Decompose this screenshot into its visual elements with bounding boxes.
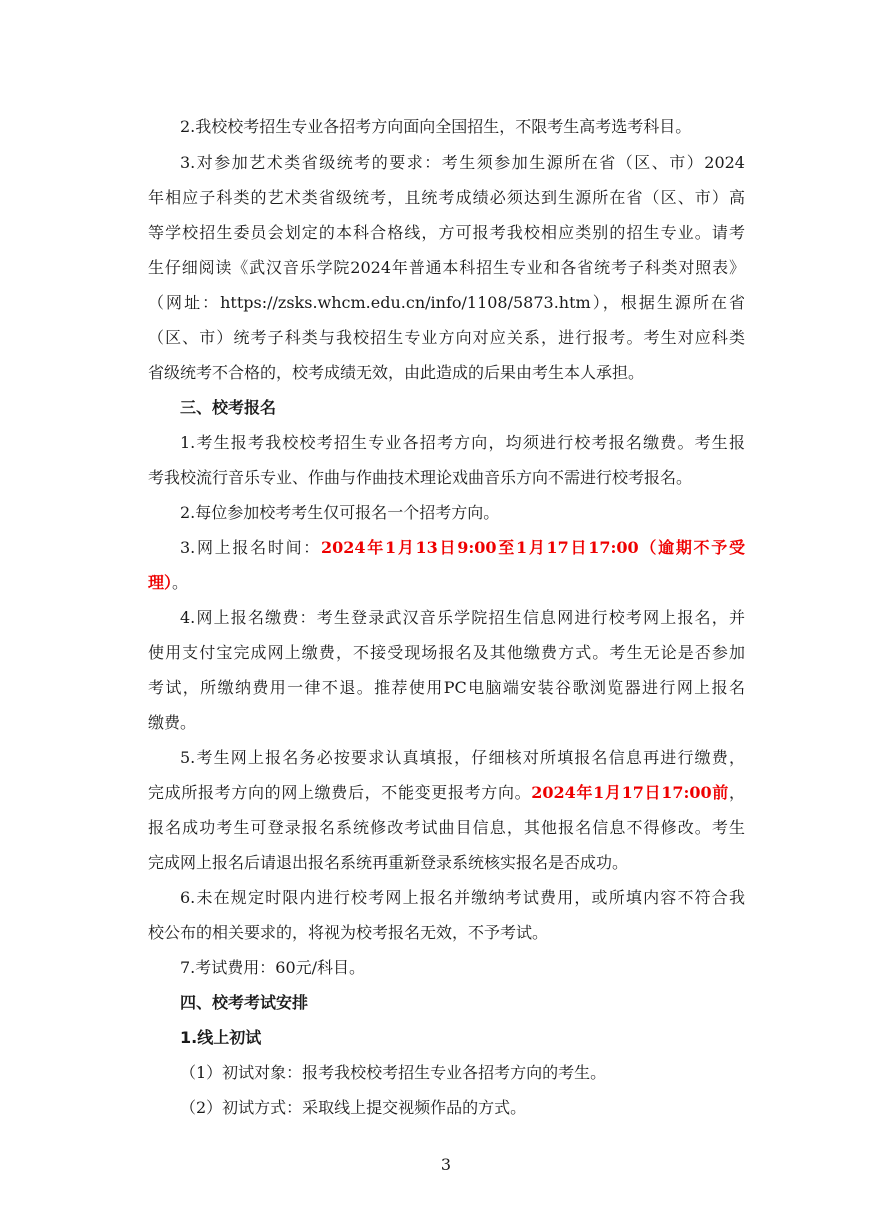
text-line: 使用支付宝完成网上缴费，不接受现场报名及其他缴费方式。考生无论是否参加	[148, 641, 745, 665]
text-line: （1）初试对象：报考我校校考招生专业各招考方向的考生。	[180, 1061, 745, 1085]
section-heading: 四、校考考试安排	[180, 991, 745, 1015]
text-line: 完成所报考方向的网上缴费后，不能变更报考方向。2024年1月17日17:00前，	[148, 781, 745, 805]
text-line: （区、市）统考子科类与我校招生专业方向对应关系，进行报考。考生对应科类	[148, 326, 745, 350]
text-span: （1）初试对象：报考我校校考招生专业各招考方向的考生。	[180, 1063, 606, 1082]
text-line: 生仔细阅读《武汉音乐学院2024年普通本科招生专业和各省统考子科类对照表》	[148, 256, 745, 280]
text-span: 缴费。	[148, 713, 196, 732]
text-span: （区、市）统考子科类与我校招生专业方向对应关系，进行报考。考生对应科类	[148, 328, 745, 347]
text-line: 3.对参加艺术类省级统考的要求：考生须参加生源所在省（区、市）2024	[180, 151, 745, 175]
text-span: 完成网上报名后请退出报名系统再重新登录系统核实报名是否成功。	[148, 853, 628, 872]
section-heading: 1.线上初试	[180, 1026, 745, 1050]
text-line: 2.我校校考招生专业各招考方向面向全国招生，不限考生高考选考科目。	[180, 115, 745, 139]
text-span: （网址：https://zsks.whcm.edu.cn/info/1108/5…	[148, 293, 745, 312]
highlighted-deadline-text: 2024年1月13日9:00至1月17日17:00（逾期不予受	[321, 538, 745, 557]
text-span: 省级统考不合格的，校考成绩无效，由此造成的后果由考生本人承担。	[148, 363, 644, 382]
page-number: 3	[0, 1153, 892, 1177]
text-line: 校公布的相关要求的，将视为校考报名无效，不予考试。	[148, 921, 745, 945]
text-span: 三、校考报名	[180, 398, 276, 417]
text-line: 4.网上报名缴费：考生登录武汉音乐学院招生信息网进行校考网上报名，并	[180, 606, 745, 630]
text-line: 6.未在规定时限内进行校考网上报名并缴纳考试费用，或所填内容不符合我	[180, 886, 745, 910]
text-line: 报名成功考生可登录报名系统修改考试曲目信息，其他报名信息不得修改。考生	[148, 816, 745, 840]
text-span: 1.考生报考我校校考招生专业各招考方向，均须进行校考报名缴费。考生报	[180, 433, 745, 452]
text-span: ，	[729, 783, 745, 802]
text-span: 。	[172, 573, 188, 592]
text-line: 5.考生网上报名务必按要求认真填报，仔细核对所填报名信息再进行缴费，	[180, 746, 745, 770]
text-line: （2）初试方式：采取线上提交视频作品的方式。	[180, 1096, 745, 1120]
text-line: 等学校招生委员会划定的本科合格线，方可报考我校相应类别的招生专业。请考	[148, 221, 745, 245]
text-span: 生仔细阅读《武汉音乐学院2024年普通本科招生专业和各省统考子科类对照表》	[148, 258, 745, 277]
text-span: 四、校考考试安排	[180, 993, 308, 1012]
text-line: 2.每位参加校考考生仅可报名一个招考方向。	[180, 501, 745, 525]
text-span: 报名成功考生可登录报名系统修改考试曲目信息，其他报名信息不得修改。考生	[148, 818, 745, 837]
text-line: 理）。	[148, 571, 745, 595]
text-line: 完成网上报名后请退出报名系统再重新登录系统核实报名是否成功。	[148, 851, 745, 875]
text-span: 考我校流行音乐专业、作曲与作曲技术理论戏曲音乐方向不需进行校考报名。	[148, 468, 692, 487]
text-span: 使用支付宝完成网上缴费，不接受现场报名及其他缴费方式。考生无论是否参加	[148, 643, 745, 662]
text-span: 3.对参加艺术类省级统考的要求：考生须参加生源所在省（区、市）2024	[180, 153, 745, 172]
text-line: 7.考试费用：60元/科目。	[180, 956, 745, 980]
text-span: 年相应子科类的艺术类省级统考，且统考成绩必须达到生源所在省（区、市）高	[148, 188, 745, 207]
section-heading: 三、校考报名	[180, 396, 745, 420]
document-page: 2.我校校考招生专业各招考方向面向全国招生，不限考生高考选考科目。3.对参加艺术…	[0, 0, 892, 1211]
text-line: 省级统考不合格的，校考成绩无效，由此造成的后果由考生本人承担。	[148, 361, 745, 385]
text-span: 完成所报考方向的网上缴费后，不能变更报考方向。	[148, 783, 531, 802]
text-line: 考我校流行音乐专业、作曲与作曲技术理论戏曲音乐方向不需进行校考报名。	[148, 466, 745, 490]
text-span: 1.线上初试	[180, 1028, 261, 1047]
text-line: 1.考生报考我校校考招生专业各招考方向，均须进行校考报名缴费。考生报	[180, 431, 745, 455]
text-span: 2.我校校考招生专业各招考方向面向全国招生，不限考生高考选考科目。	[180, 117, 691, 136]
text-span: 4.网上报名缴费：考生登录武汉音乐学院招生信息网进行校考网上报名，并	[180, 608, 745, 627]
text-span: 等学校招生委员会划定的本科合格线，方可报考我校相应类别的招生专业。请考	[148, 223, 745, 242]
text-span: 考试，所缴纳费用一律不退。推荐使用PC电脑端安装谷歌浏览器进行网上报名	[148, 678, 745, 697]
highlighted-deadline-text: 理）	[148, 573, 172, 592]
text-line: 考试，所缴纳费用一律不退。推荐使用PC电脑端安装谷歌浏览器进行网上报名	[148, 676, 745, 700]
text-line: （网址：https://zsks.whcm.edu.cn/info/1108/5…	[148, 291, 745, 315]
text-span: 校公布的相关要求的，将视为校考报名无效，不予考试。	[148, 923, 548, 942]
text-span: 3.网上报名时间：	[180, 538, 321, 557]
text-span: 7.考试费用：60元/科目。	[180, 958, 365, 977]
text-span: 2.每位参加校考考生仅可报名一个招考方向。	[180, 503, 499, 522]
text-span: 6.未在规定时限内进行校考网上报名并缴纳考试费用，或所填内容不符合我	[180, 888, 745, 907]
highlighted-deadline-text: 2024年1月17日17:00前	[531, 783, 729, 802]
text-span: （2）初试方式：采取线上提交视频作品的方式。	[180, 1098, 526, 1117]
text-line: 缴费。	[148, 711, 745, 735]
text-span: 5.考生网上报名务必按要求认真填报，仔细核对所填报名信息再进行缴费，	[180, 748, 745, 767]
text-line: 3.网上报名时间：2024年1月13日9:00至1月17日17:00（逾期不予受	[180, 536, 745, 560]
text-line: 年相应子科类的艺术类省级统考，且统考成绩必须达到生源所在省（区、市）高	[148, 186, 745, 210]
